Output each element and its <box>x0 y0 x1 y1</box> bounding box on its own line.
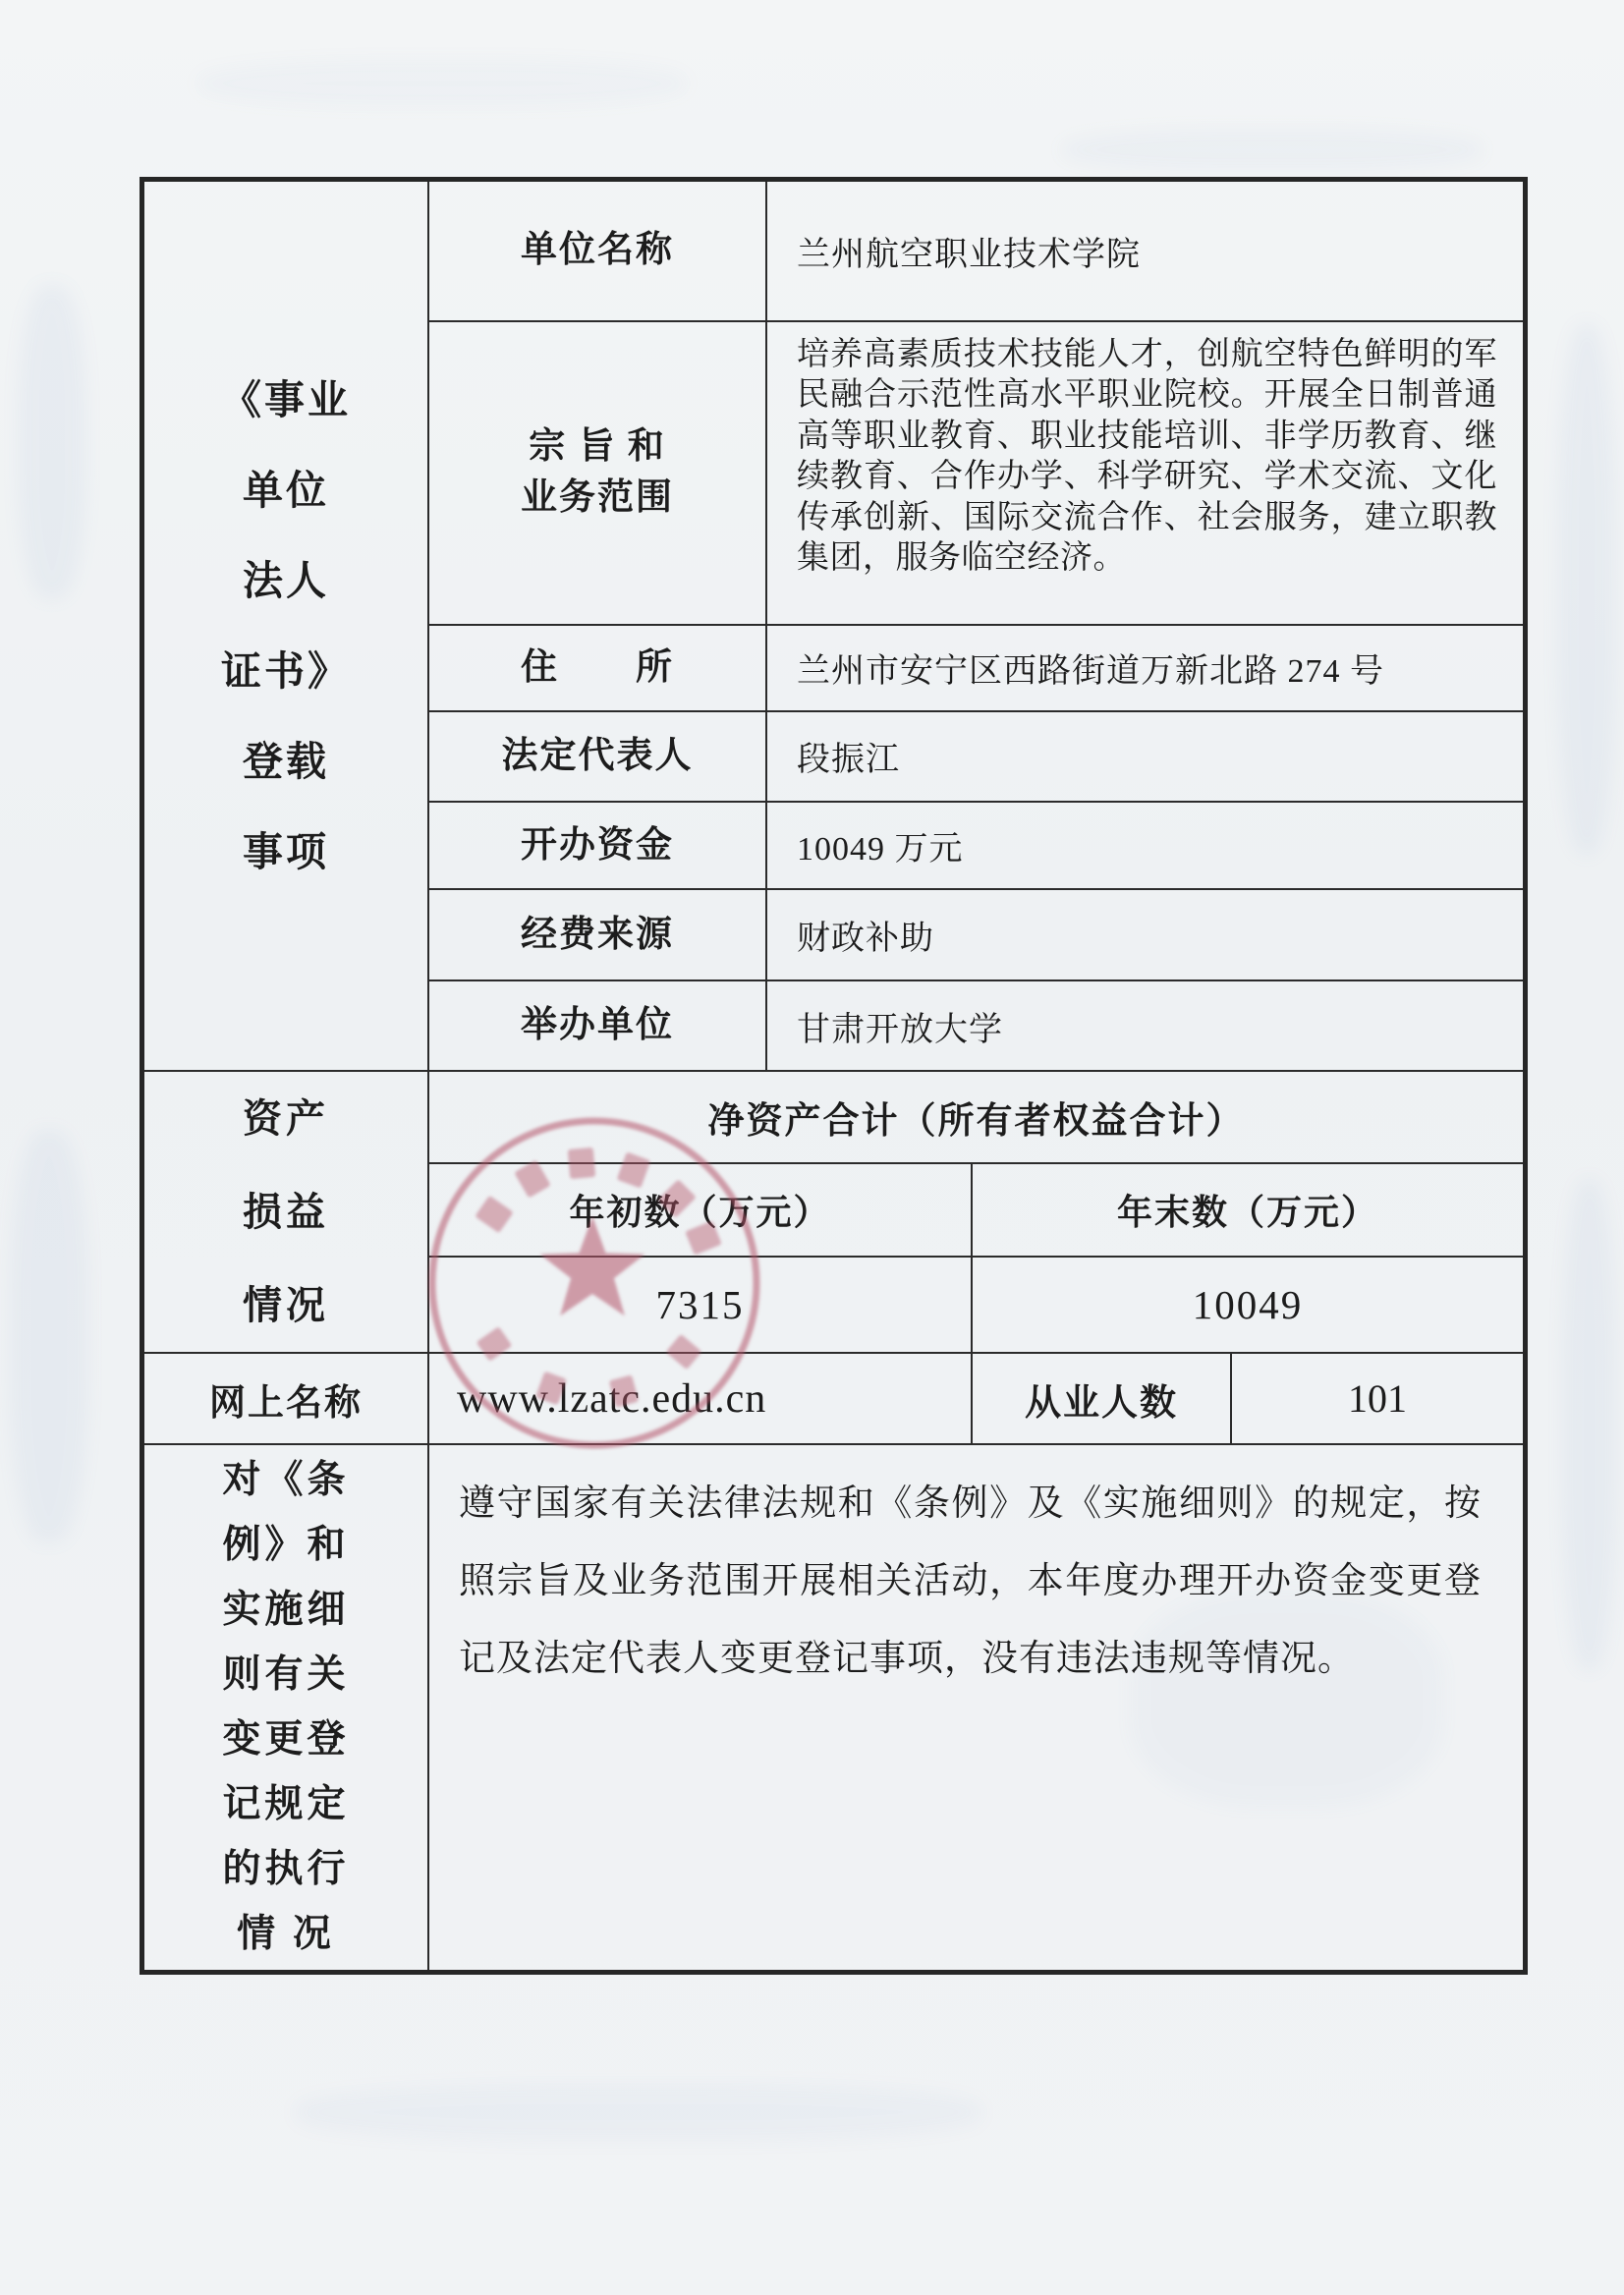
label-text: 举办单位 <box>521 1000 674 1051</box>
side-label-line: 记规定 <box>222 1772 349 1837</box>
scan-smudge <box>295 2083 982 2142</box>
compliance-section: 对《条 例》和 实施细 则有关 变更登 记规定 的执行 情 况 遵守国家有关法律… <box>144 1445 1523 1970</box>
web-name-row: 网上名称 www.lzatc.edu.cn 从业人数 101 <box>144 1354 1523 1445</box>
side-label-line: 法人 <box>243 535 329 626</box>
purpose-scope-label: 宗 旨 和 业务范围 <box>429 322 767 624</box>
year-end-value: 10049 <box>973 1258 1523 1352</box>
scanned-document-page: 《事业 单位 法人 证书》 登载 事项 单位名称 兰州航空职业技术学院 宗 旨 … <box>0 0 1624 2295</box>
legal-representative-label: 法定代表人 <box>429 712 767 801</box>
staff-count-value: 101 <box>1232 1354 1523 1443</box>
label-text: 宗 旨 和 <box>529 421 666 473</box>
asset-values-row: 7315 10049 <box>429 1258 1523 1352</box>
web-name-label: 网上名称 <box>144 1354 429 1443</box>
funding-source-label: 经费来源 <box>429 890 767 980</box>
asset-section: 资产 损益 情况 净资产合计（所有者权益合计） 年初数（万元） 年末数（万元） … <box>144 1072 1523 1354</box>
opening-capital-label: 开办资金 <box>429 803 767 889</box>
unit-name-label: 单位名称 <box>429 182 767 320</box>
staff-count-label: 从业人数 <box>973 1354 1232 1443</box>
label-text: 住 所 <box>521 643 674 694</box>
legal-representative-value: 段振江 <box>767 712 1523 801</box>
row-unit-name: 单位名称 兰州航空职业技术学院 <box>429 182 1523 322</box>
purpose-scope-value: 培养高素质技术技能人才，创航空特色鲜明的军民融合示范性高水平职业院校。开展全日制… <box>767 322 1523 624</box>
scan-smudge <box>196 59 688 108</box>
side-label-line: 情况 <box>243 1259 329 1352</box>
label-text: 单位名称 <box>521 225 674 276</box>
side-label-line: 例》和 <box>222 1513 349 1578</box>
scan-smudge <box>1061 128 1484 172</box>
label-text: 业务范围 <box>521 473 674 524</box>
label-text: 经费来源 <box>521 910 674 961</box>
net-assets-header: 净资产合计（所有者权益合计） <box>429 1072 1523 1164</box>
label-text: 法定代表人 <box>502 731 694 782</box>
certificate-items-section: 《事业 单位 法人 证书》 登载 事项 单位名称 兰州航空职业技术学院 宗 旨 … <box>144 182 1523 1072</box>
row-funding-source: 经费来源 财政补助 <box>429 890 1523 981</box>
year-end-header: 年末数（万元） <box>973 1164 1523 1255</box>
side-label-line: 证书》 <box>221 626 351 716</box>
registration-table: 《事业 单位 法人 证书》 登载 事项 单位名称 兰州航空职业技术学院 宗 旨 … <box>140 177 1528 1975</box>
side-label-line: 对《条 <box>222 1448 349 1513</box>
side-label-line: 登载 <box>243 716 329 807</box>
side-label-line: 则有关 <box>222 1643 349 1707</box>
year-start-value: 7315 <box>429 1258 973 1352</box>
funding-source-value: 财政补助 <box>767 890 1523 980</box>
asset-subheader-row: 年初数（万元） 年末数（万元） <box>429 1164 1523 1257</box>
row-opening-capital: 开办资金 10049 万元 <box>429 803 1523 891</box>
label-text: 开办资金 <box>521 820 674 871</box>
row-purpose-scope: 宗 旨 和 业务范围 培养高素质技术技能人才，创航空特色鲜明的军民融合示范性高水… <box>429 322 1523 626</box>
side-label-line: 实施细 <box>222 1578 349 1643</box>
row-organizer: 举办单位 甘肃开放大学 <box>429 981 1523 1070</box>
organizer-value: 甘肃开放大学 <box>767 981 1523 1070</box>
compliance-text: 遵守国家有关法律法规和《条例》及《实施细则》的规定，按照宗旨及业务范围开展相关活… <box>429 1445 1523 1970</box>
asset-rows: 净资产合计（所有者权益合计） 年初数（万元） 年末数（万元） 7315 1004… <box>429 1072 1523 1352</box>
row-legal-representative: 法定代表人 段振江 <box>429 712 1523 803</box>
side-label-line: 损益 <box>243 1165 329 1259</box>
organizer-label: 举办单位 <box>429 981 767 1070</box>
asset-side-label: 资产 损益 情况 <box>144 1072 429 1352</box>
side-label-line: 情 况 <box>237 1902 335 1967</box>
web-name-value: www.lzatc.edu.cn <box>429 1354 973 1443</box>
address-label: 住 所 <box>429 626 767 710</box>
scan-smudge <box>10 1130 88 1542</box>
side-label-line: 变更登 <box>222 1707 349 1772</box>
certificate-rows: 单位名称 兰州航空职业技术学院 宗 旨 和 业务范围 培养高素质技术技能人才，创… <box>429 182 1523 1070</box>
side-label-line: 资产 <box>243 1072 329 1165</box>
unit-name-value: 兰州航空职业技术学院 <box>767 182 1523 320</box>
side-label-line: 的执行 <box>222 1837 349 1902</box>
address-value: 兰州市安宁区西路街道万新北路 274 号 <box>767 626 1523 710</box>
row-address: 住 所 兰州市安宁区西路街道万新北路 274 号 <box>429 626 1523 712</box>
compliance-side-label: 对《条 例》和 实施细 则有关 变更登 记规定 的执行 情 况 <box>144 1445 429 1970</box>
scan-smudge <box>18 285 86 599</box>
certificate-side-label: 《事业 单位 法人 证书》 登载 事项 <box>144 182 429 1070</box>
side-label-line: 单位 <box>243 445 329 535</box>
opening-capital-value: 10049 万元 <box>767 803 1523 889</box>
side-label-line: 《事业 <box>221 355 351 445</box>
scan-smudge <box>1557 324 1616 855</box>
scan-smudge <box>1562 1179 1616 1670</box>
year-start-header: 年初数（万元） <box>429 1164 973 1255</box>
side-label-line: 事项 <box>243 807 329 897</box>
